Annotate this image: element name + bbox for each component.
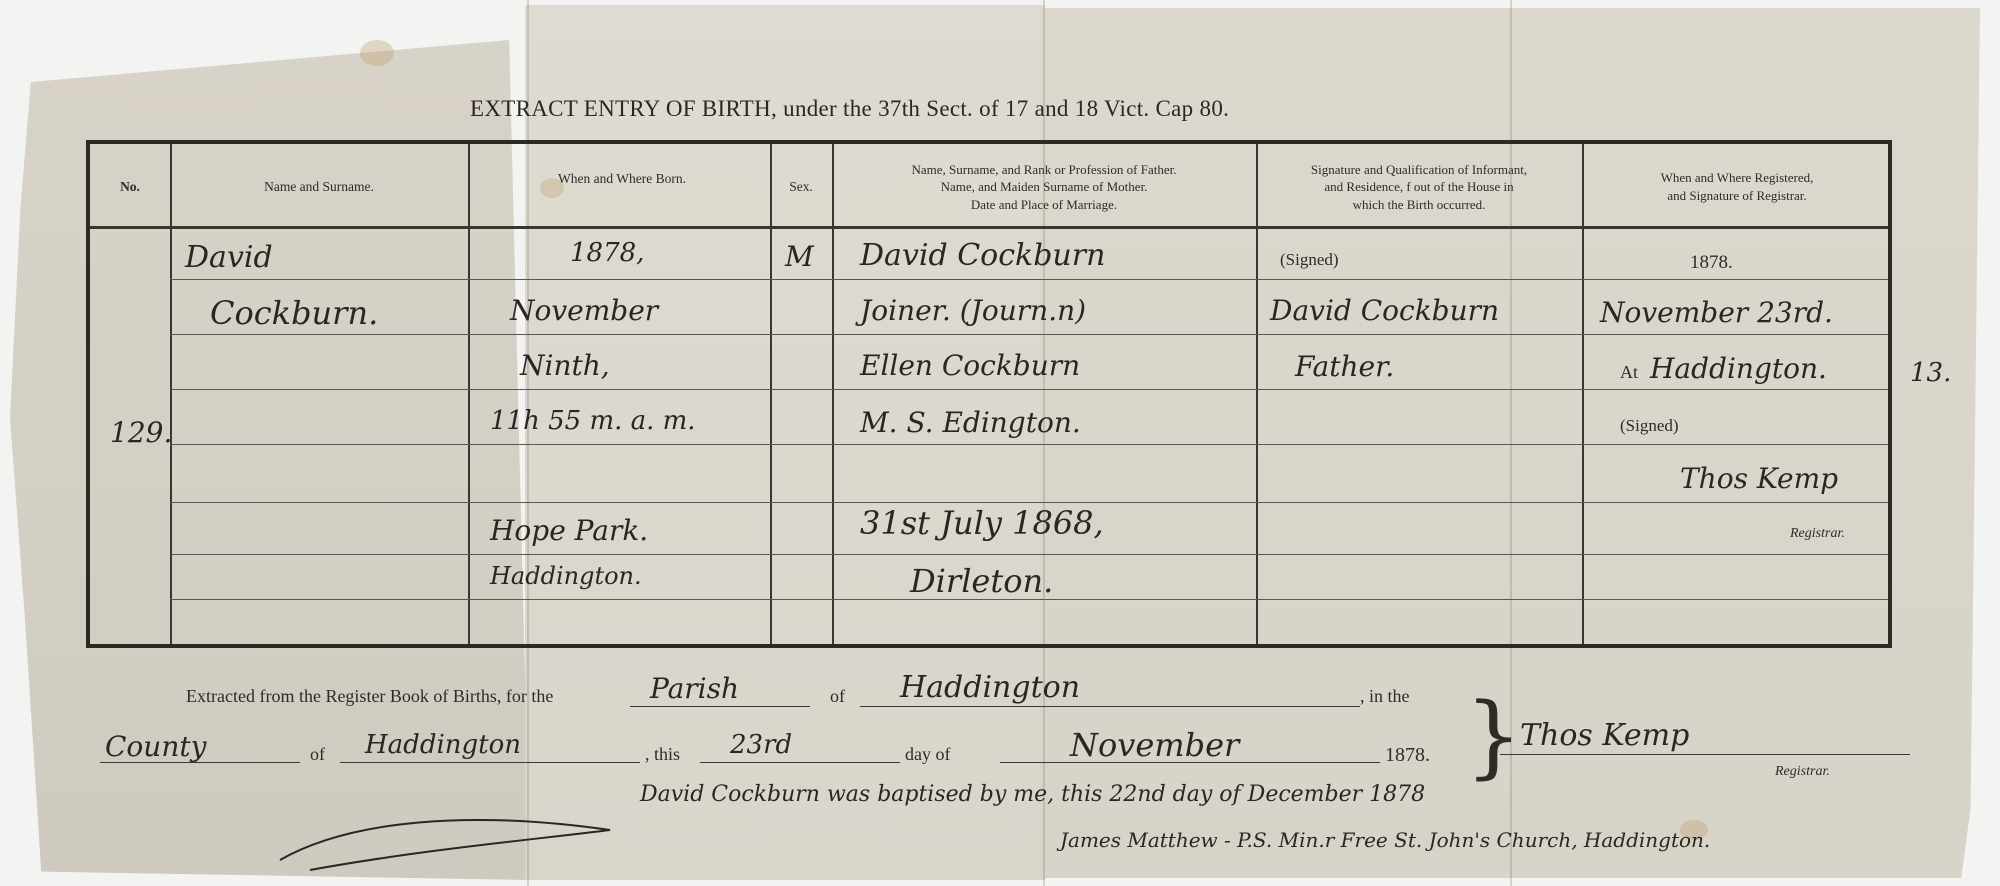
entry-birth-day: Ninth,: [520, 349, 610, 382]
entry-number: 129.: [110, 416, 172, 449]
header-no: No.: [90, 150, 170, 224]
footer-county-name: Haddington: [365, 730, 521, 760]
entry-birth-year: 1878,: [570, 238, 644, 268]
registrar-label: Registrar.: [1790, 526, 1845, 542]
ruled-line: [170, 279, 1888, 280]
header-parents-mother: Name, and Maiden Surname of Mother.: [941, 178, 1148, 196]
ruled-line: [170, 389, 1888, 390]
entry-birth-place: Hope Park.: [490, 514, 648, 547]
informant-signed-label: (Signed): [1280, 250, 1339, 270]
header-parents-marriage: Date and Place of Marriage.: [971, 196, 1117, 214]
header-divider: [90, 226, 1888, 229]
document-title: EXTRACT ENTRY OF BIRTH, under the 37th S…: [470, 96, 1470, 122]
informant-qualification: Father.: [1295, 350, 1394, 383]
entry-first-name: David: [185, 240, 273, 275]
registered-year: 1878.: [1690, 252, 1733, 274]
footer-year-value: 1878.: [1385, 744, 1430, 767]
entry-birth-time: 11h 55 m. a. m.: [490, 406, 696, 436]
registered-place: Haddington.: [1650, 352, 1827, 385]
signature-flourish: [270, 790, 630, 880]
header-parents: Name, Surname, and Rank or Profession of…: [832, 150, 1256, 224]
margin-number: 13.: [1910, 358, 1951, 388]
footer-brace: }: [1465, 692, 1522, 782]
footer-of-label: of: [830, 686, 845, 707]
footer-blank-line: [700, 762, 900, 763]
baptism-annotation: David Cockburn was baptised by me, this …: [640, 782, 1425, 807]
footer-day-value: 23rd: [730, 730, 792, 760]
footer-of-label-2: of: [310, 744, 325, 765]
entry-marriage-place: Dirleton.: [910, 562, 1053, 600]
entry-mother-name: Ellen Cockburn: [860, 349, 1080, 382]
header-sex: Sex.: [770, 150, 832, 224]
header-informant-line: which the Birth occurred.: [1353, 196, 1486, 214]
ruled-line: [170, 502, 1888, 503]
footer-blank-line: [340, 762, 640, 763]
footer-extracted-text: Extracted from the Register Book of Birt…: [186, 686, 553, 707]
entry-sex: M: [785, 240, 814, 273]
header-registered: When and Where Registered, and Signature…: [1582, 150, 1892, 224]
minister-annotation: James Matthew - P.S. Min.r Free St. John…: [1060, 828, 1710, 852]
header-informant: Signature and Qualification of Informant…: [1256, 150, 1582, 224]
footer-day-of-label: day of: [905, 744, 950, 765]
footer-this-label: , this: [645, 744, 680, 765]
ruled-line: [170, 554, 1888, 555]
registrar-signature: Thos Kemp: [1680, 462, 1838, 495]
header-informant-line: and Residence, f out of the House in: [1324, 178, 1513, 196]
footer-blank-line: [860, 706, 1360, 707]
footer-blank-line: [100, 762, 300, 763]
entry-father-name: David Cockburn: [860, 238, 1105, 273]
paper-stain: [360, 40, 394, 66]
header-registered-line: When and Where Registered,: [1661, 169, 1814, 187]
footer-parish-name: Haddington: [900, 670, 1080, 705]
entry-surname: Cockburn.: [210, 294, 378, 332]
footer-parish-type: Parish: [650, 672, 739, 705]
header-registered-line: and Signature of Registrar.: [1667, 187, 1806, 205]
footer-month-value: November: [1070, 726, 1239, 764]
header-informant-line: Signature and Qualification of Informant…: [1311, 161, 1527, 179]
footer-blank-line: [1000, 762, 1380, 763]
footer-signature-line: [1500, 754, 1910, 755]
registrar-signed-label: (Signed): [1620, 416, 1679, 436]
entry-birth-town: Haddington.: [490, 562, 642, 590]
entry-mother-maiden: M. S. Edington.: [860, 406, 1081, 439]
entry-father-occupation: Joiner. (Journ.n): [860, 294, 1086, 327]
footer-registrar-label: Registrar.: [1775, 764, 1830, 780]
footer-registrar-signature: Thos Kemp: [1520, 718, 1689, 753]
birth-register-table: No. Name and Surname. When and Where Bor…: [86, 140, 1892, 648]
header-name: Name and Surname.: [170, 150, 468, 224]
entry-birth-month: November: [510, 294, 658, 327]
header-parents-father: Name, Surname, and Rank or Profession of…: [911, 161, 1176, 179]
ruled-line: [170, 444, 1888, 445]
footer-blank-line: [630, 706, 810, 707]
ruled-line: [170, 334, 1888, 335]
footer-county-type: County: [105, 730, 206, 763]
header-when-where-born: When and Where Born.: [468, 150, 770, 224]
entry-marriage-date: 31st July 1868,: [860, 504, 1104, 542]
registered-at-label: At: [1620, 362, 1638, 383]
informant-signature: David Cockburn: [1270, 294, 1499, 327]
registered-date: November 23rd.: [1600, 296, 1833, 329]
footer-in-the-label: , in the: [1360, 686, 1410, 707]
